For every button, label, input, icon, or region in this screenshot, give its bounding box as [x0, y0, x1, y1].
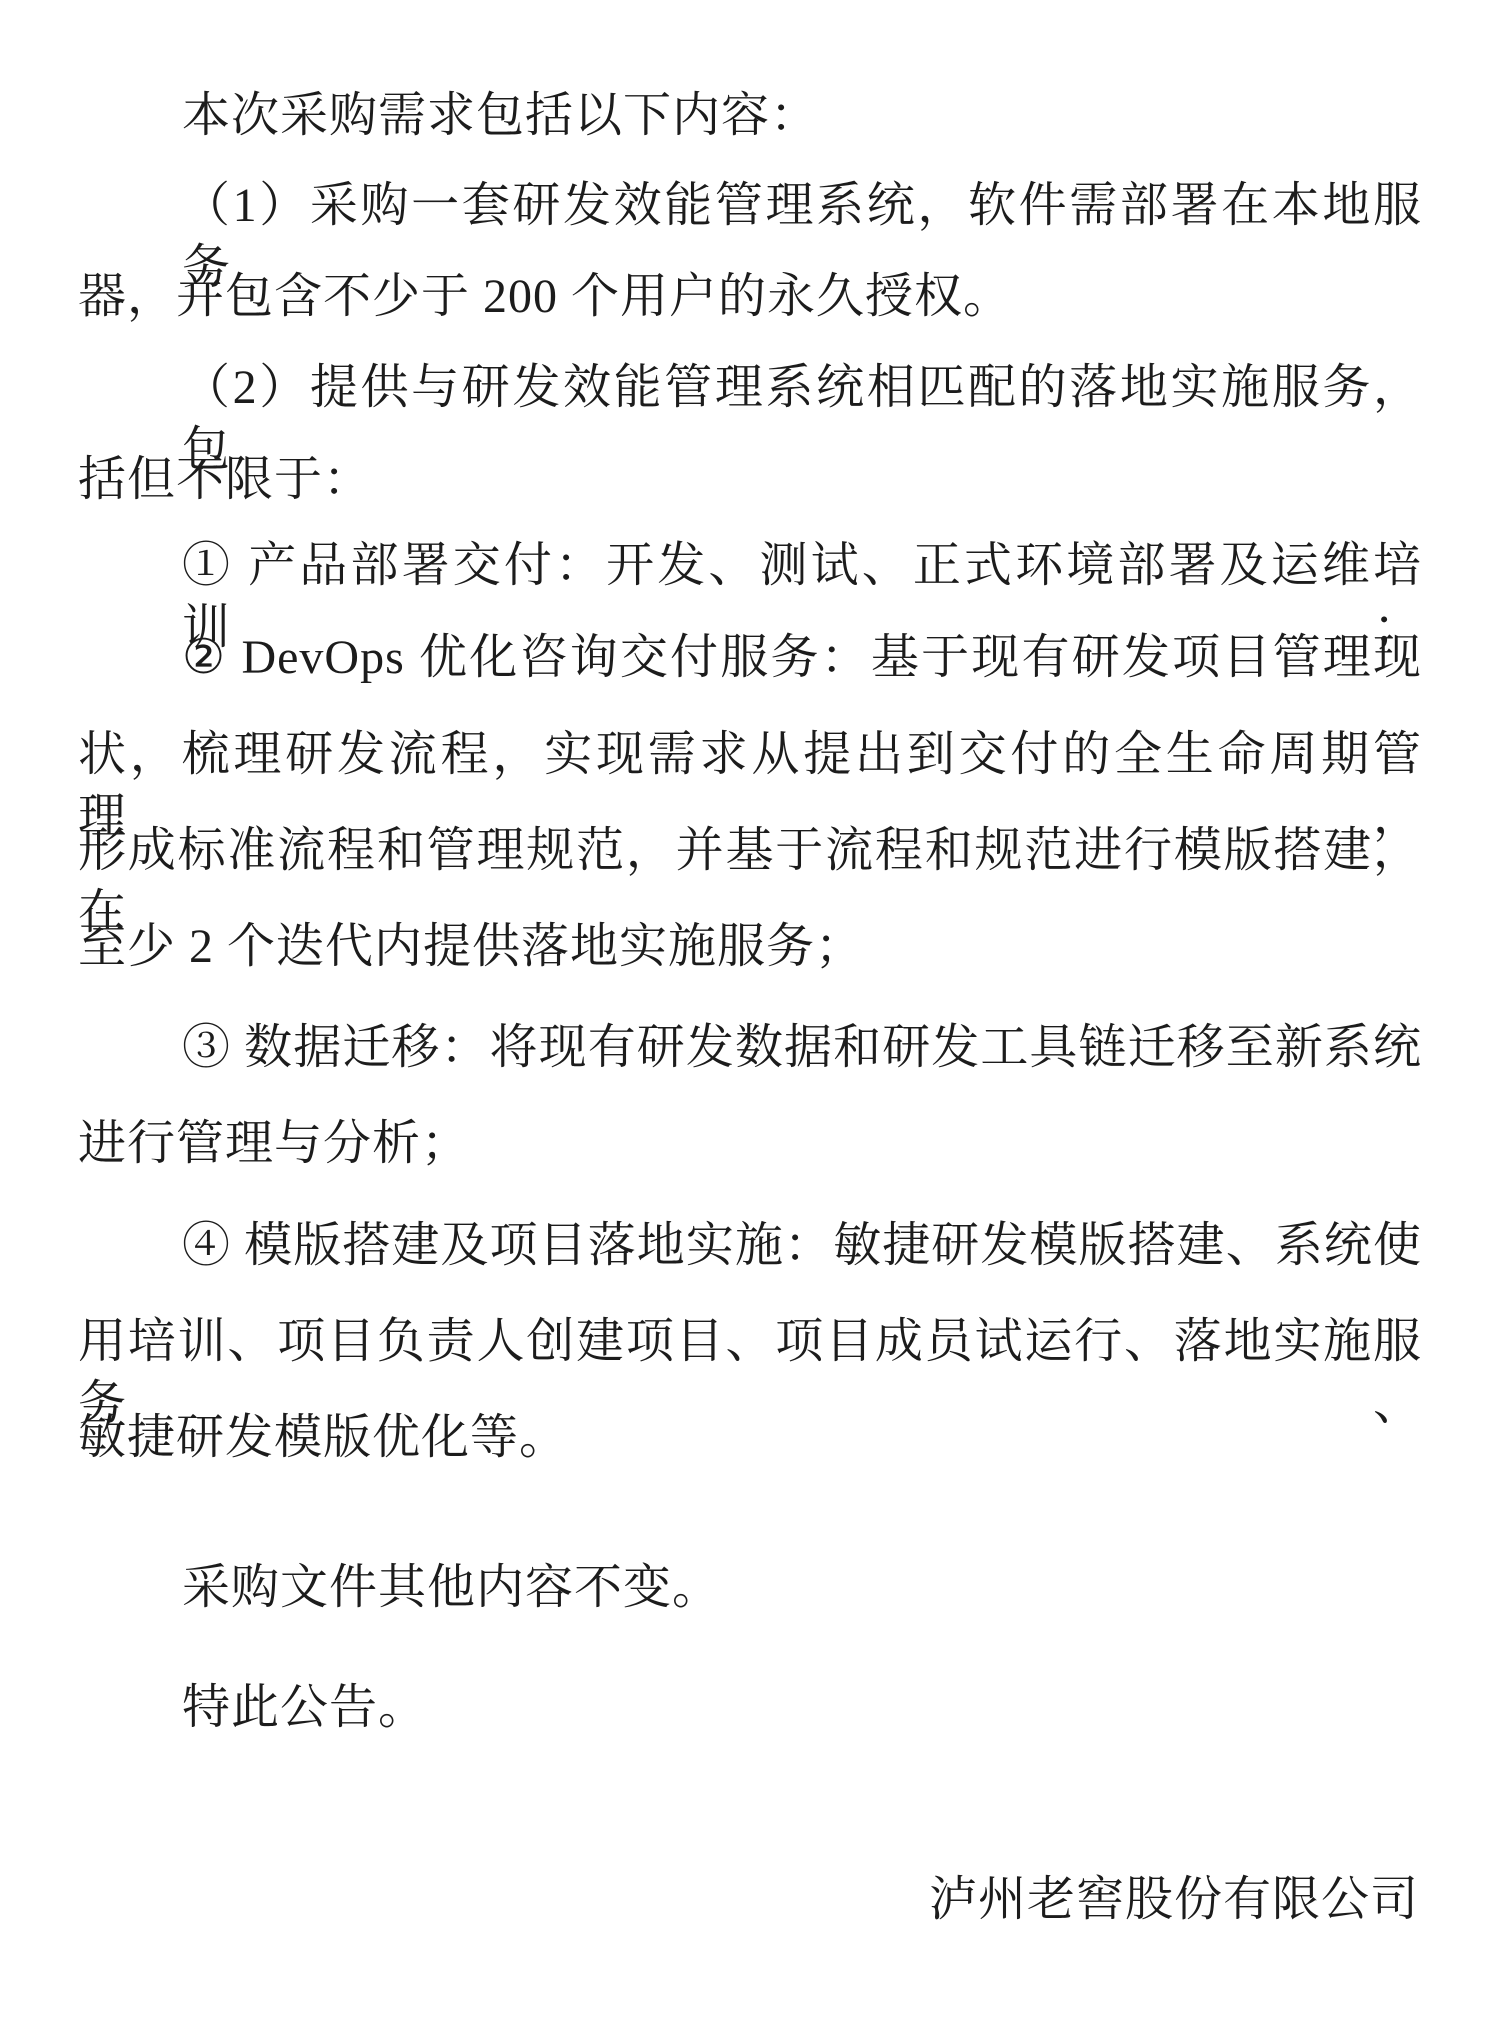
subitem-2-line-4: 至少 2 个迭代内提供落地实施服务；: [78, 916, 1422, 978]
subitem-3-line-2: 进行管理与分析；: [78, 1113, 1422, 1175]
item-2-line-2: 括但不限于：: [78, 449, 1422, 511]
document-page: 本次采购需求包括以下内容： （1）采购一套研发效能管理系统，软件需部署在本地服务…: [0, 0, 1500, 2022]
subitem-2-line-1: ② DevOps 优化咨询交付服务：基于现有研发项目管理现: [182, 627, 1422, 689]
subitem-3-line-1: ③ 数据迁移：将现有研发数据和研发工具链迁移至新系统: [182, 1017, 1422, 1079]
company-signature: 泸州老窖股份有限公司: [929, 1869, 1419, 1931]
other-content-line: 采购文件其他内容不变。: [182, 1557, 1422, 1619]
intro-line: 本次采购需求包括以下内容：: [182, 85, 1422, 147]
announcement-line: 特此公告。: [182, 1677, 1422, 1739]
subitem-4-line-1: ④ 模版搭建及项目落地实施：敏捷研发模版搭建、系统使: [182, 1215, 1422, 1277]
subitem-4-line-3: 敏捷研发模版优化等。: [78, 1407, 1422, 1469]
item-1-line-2: 器，并包含不少于 200 个用户的永久授权。: [78, 266, 1422, 328]
